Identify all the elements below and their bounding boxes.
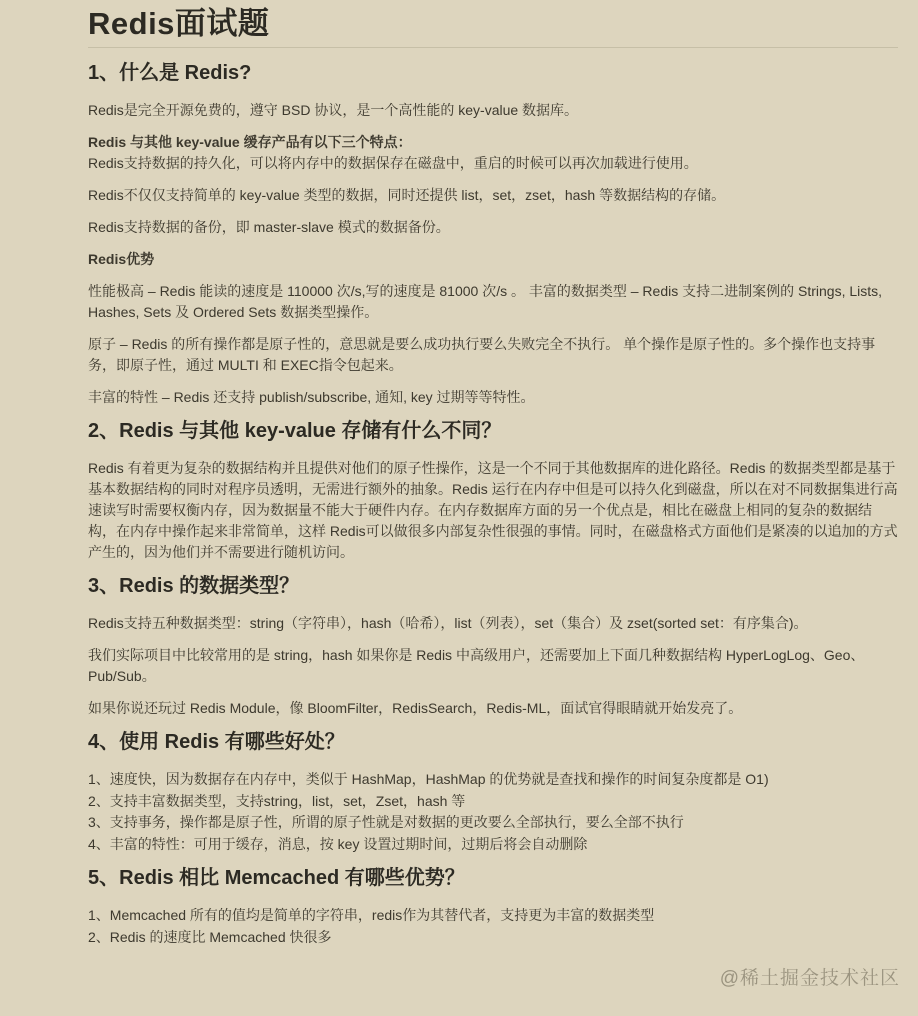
numbered-list: 1、速度快，因为数据存在内存中，类似于 HashMap，HashMap 的优势就… bbox=[88, 769, 898, 855]
section-2-heading: 2、Redis 与其他 key-value 存储有什么不同？ bbox=[88, 419, 898, 443]
page-title: Redis面试题 bbox=[88, 6, 898, 42]
section-what-is-redis: 1、什么是 Redis? Redis是完全开源免费的，遵守 BSD 协议，是一个… bbox=[88, 61, 898, 408]
list-item: 3、支持事务，操作都是原子性，所谓的原子性就是对数据的更改要么全部执行，要么全部… bbox=[88, 812, 898, 834]
paragraph: Redis不仅仅支持简单的 key-value 类型的数据，同时还提供 list… bbox=[88, 185, 898, 206]
title-divider bbox=[88, 47, 898, 48]
paragraph: Redis 与其他 key-value 缓存产品有以下三个特点： Redis支持… bbox=[88, 132, 898, 174]
paragraph: Redis是完全开源免费的，遵守 BSD 协议，是一个高性能的 key-valu… bbox=[88, 100, 898, 121]
paragraph: 我们实际项目中比较常用的是 string，hash 如果你是 Redis 中高级… bbox=[88, 645, 898, 687]
paragraph: Redis 有着更为复杂的数据结构并且提供对他们的原子性操作，这是一个不同于其他… bbox=[88, 458, 898, 563]
watermark: @稀土掘金技术社区 bbox=[720, 963, 900, 990]
paragraph: Redis支持数据的备份，即 master-slave 模式的数据备份。 bbox=[88, 217, 898, 238]
paragraph: 丰富的特性 – Redis 还支持 publish/subscribe, 通知,… bbox=[88, 387, 898, 408]
paragraph: 如果你说还玩过 Redis Module，像 BloomFilter，Redis… bbox=[88, 698, 898, 719]
paragraph-line: Redis 有着更为复杂的数据结构并且提供对他们的原子性操作，这是一个不同于其他… bbox=[88, 460, 898, 560]
numbered-list: 1、Memcached 所有的值均是简单的字符串，redis作为其替代者，支持更… bbox=[88, 905, 898, 948]
paragraph-line: 丰富的特性 – Redis 还支持 publish/subscribe, 通知,… bbox=[88, 387, 898, 408]
paragraph-line: 性能极高 – Redis 能读的速度是 110000 次/s,写的速度是 810… bbox=[88, 283, 882, 320]
section-4-heading: 4、使用 Redis 有哪些好处？ bbox=[88, 730, 898, 754]
list-item: 4、丰富的特性：可用于缓存，消息，按 key 设置过期时间，过期后将会自动删除 bbox=[88, 834, 898, 856]
list-item: 2、支持丰富数据类型，支持string，list，set，Zset，hash 等 bbox=[88, 791, 898, 813]
section-redis-benefits: 4、使用 Redis 有哪些好处？ 1、速度快，因为数据存在内存中，类似于 Ha… bbox=[88, 730, 898, 855]
section-redis-vs-memcached: 5、Redis 相比 Memcached 有哪些优势？ 1、Memcached … bbox=[88, 866, 898, 948]
paragraph-line: Redis支持数据的备份，即 master-slave 模式的数据备份。 bbox=[88, 217, 898, 238]
section-3-heading: 3、Redis 的数据类型？ bbox=[88, 574, 898, 598]
paragraph-line: 原子 – Redis 的所有操作都是原子性的，意思就是要么成功执行要么失败完全不… bbox=[88, 336, 875, 373]
paragraph-line: Redis不仅仅支持简单的 key-value 类型的数据，同时还提供 list… bbox=[88, 185, 898, 206]
paragraph-line: 我们实际项目中比较常用的是 string，hash 如果你是 Redis 中高级… bbox=[88, 645, 898, 687]
section-redis-vs-other-kv: 2、Redis 与其他 key-value 存储有什么不同？ Redis 有着更… bbox=[88, 419, 898, 563]
paragraph-line: Redis优势 bbox=[88, 249, 898, 270]
section-redis-data-types: 3、Redis 的数据类型？ Redis支持五种数据类型：string（字符串）… bbox=[88, 574, 898, 719]
paragraph-line: Redis是完全开源免费的，遵守 BSD 协议，是一个高性能的 key-valu… bbox=[88, 100, 898, 121]
paragraph-line: Redis 与其他 key-value 缓存产品有以下三个特点： bbox=[88, 132, 898, 153]
paragraph: Redis优势 bbox=[88, 249, 898, 270]
paragraph: 性能极高 – Redis 能读的速度是 110000 次/s,写的速度是 810… bbox=[88, 281, 898, 323]
paragraph-line: Redis支持五种数据类型：string（字符串），hash（哈希），list（… bbox=[88, 613, 898, 634]
list-item: 1、速度快，因为数据存在内存中，类似于 HashMap，HashMap 的优势就… bbox=[88, 769, 898, 791]
section-5-heading: 5、Redis 相比 Memcached 有哪些优势？ bbox=[88, 866, 898, 890]
list-item: 2、Redis 的速度比 Memcached 快很多 bbox=[88, 927, 898, 949]
document-page: Redis面试题 1、什么是 Redis? Redis是完全开源免费的，遵守 B… bbox=[0, 0, 918, 948]
paragraph-line: 如果你说还玩过 Redis Module，像 BloomFilter，Redis… bbox=[88, 698, 898, 719]
paragraph: Redis支持五种数据类型：string（字符串），hash（哈希），list（… bbox=[88, 613, 898, 634]
paragraph-line: Redis支持数据的持久化，可以将内存中的数据保存在磁盘中，重启的时候可以再次加… bbox=[88, 153, 898, 174]
paragraph: 原子 – Redis 的所有操作都是原子性的，意思就是要么成功执行要么失败完全不… bbox=[88, 334, 898, 376]
list-item: 1、Memcached 所有的值均是简单的字符串，redis作为其替代者，支持更… bbox=[88, 905, 898, 927]
section-1-heading: 1、什么是 Redis? bbox=[88, 61, 898, 85]
